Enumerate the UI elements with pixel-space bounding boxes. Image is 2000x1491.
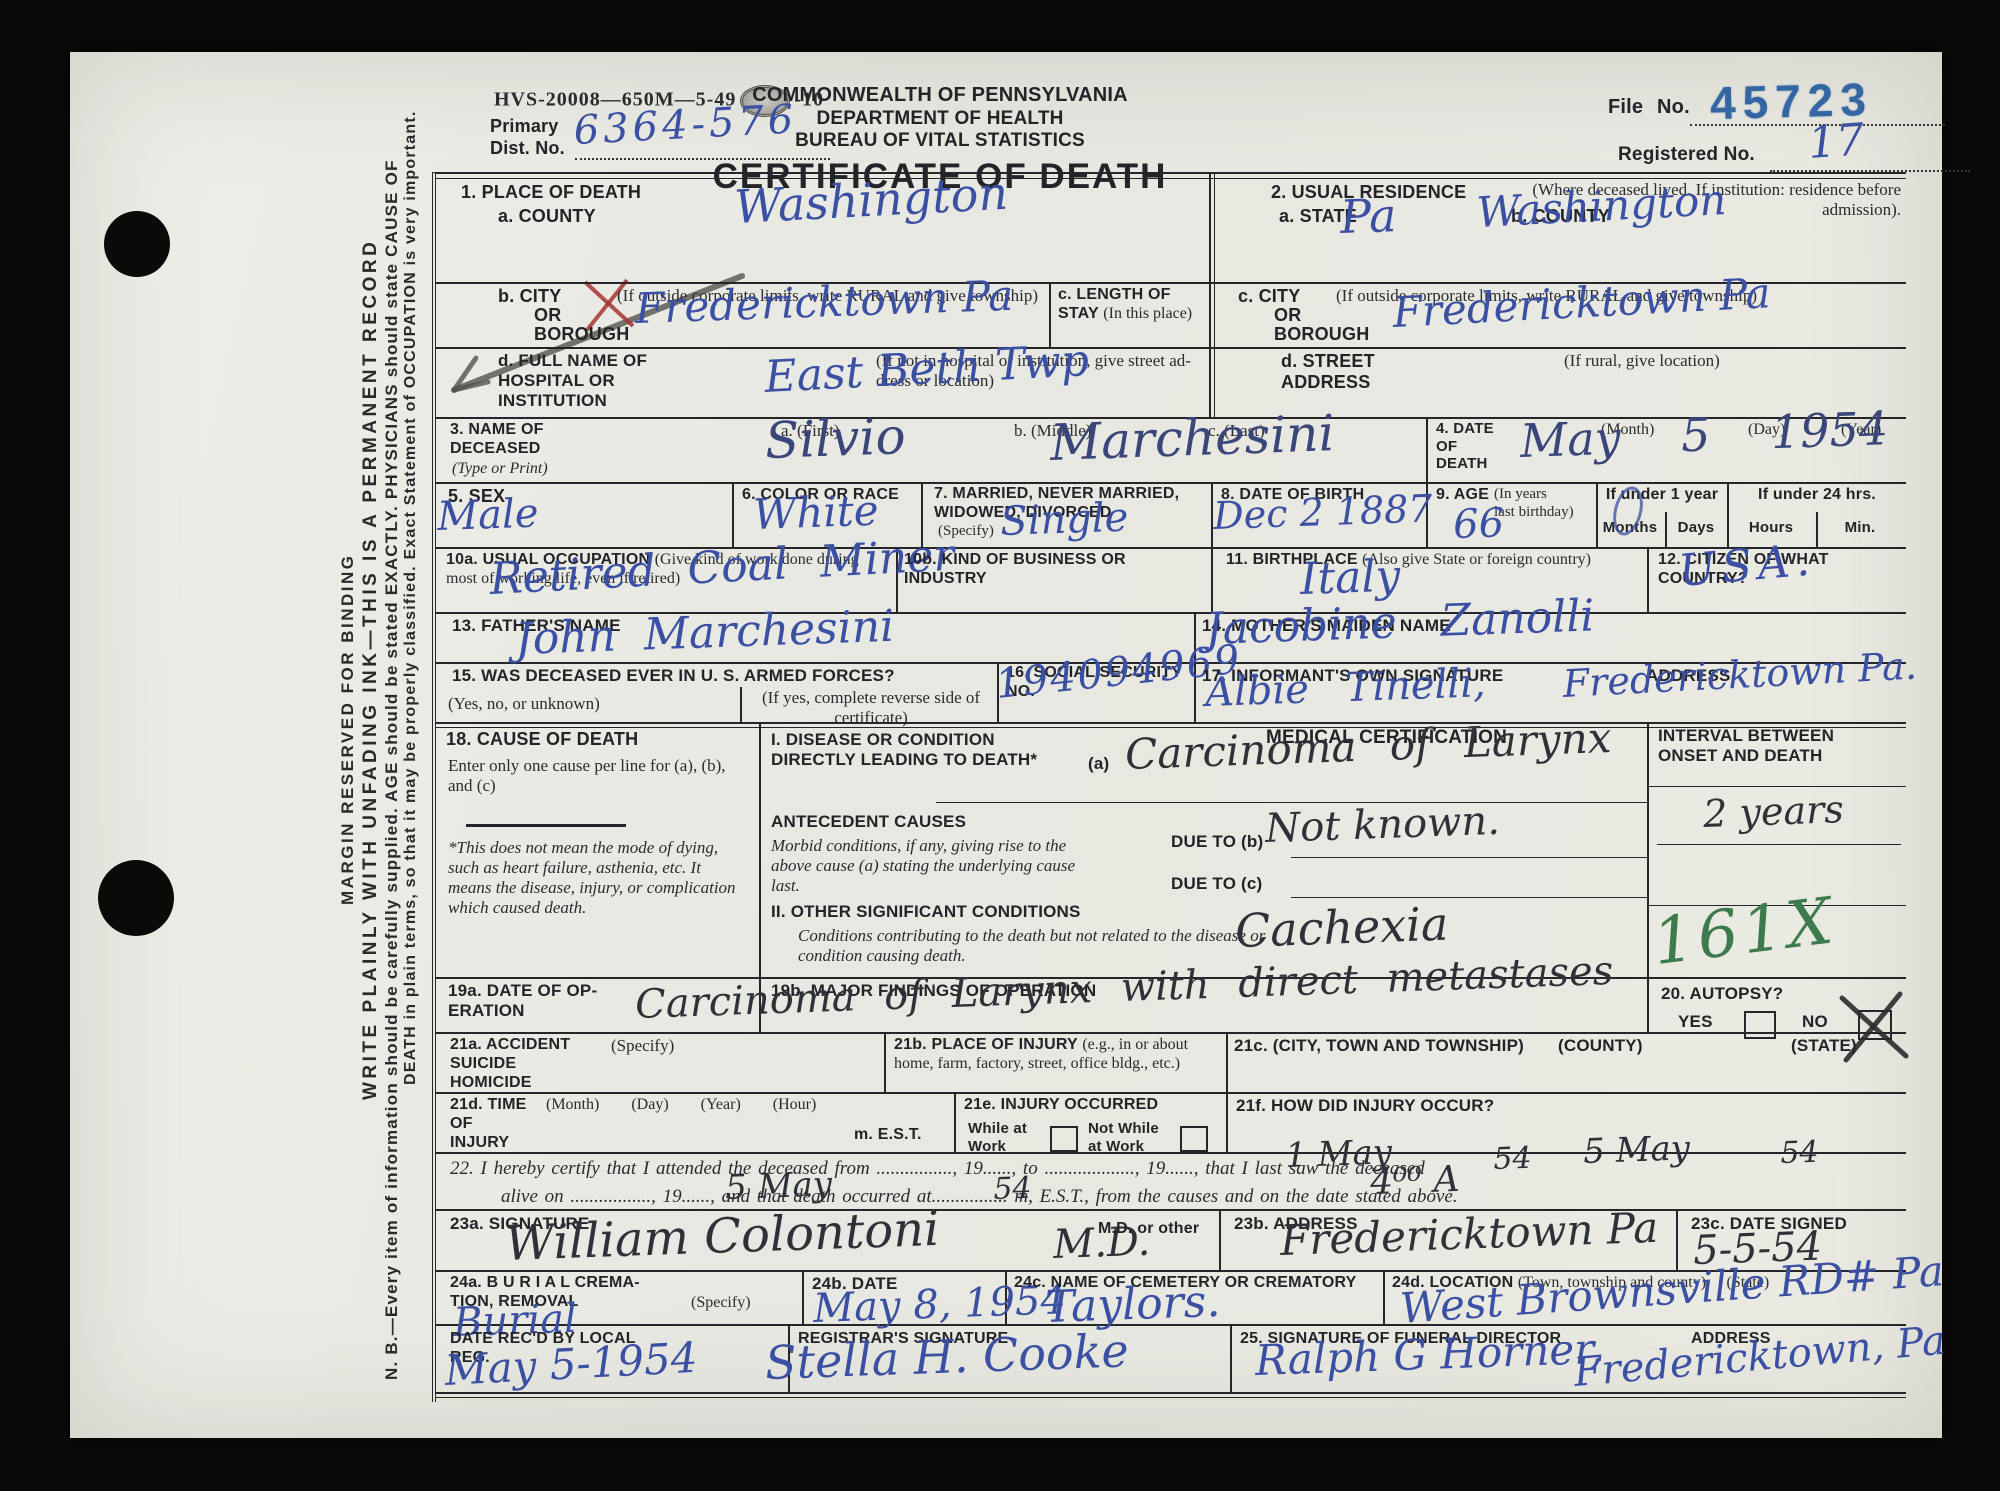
divider bbox=[1211, 547, 1213, 612]
time-of-injury-label: 21d. TIME OF INJURY bbox=[450, 1096, 526, 1153]
residence-street-label: d. STREET ADDRESS bbox=[1281, 351, 1375, 393]
place-county-label: a. COUNTY bbox=[498, 206, 596, 227]
disease-leading-label: I. DISEASE OR CONDITION DIRECTLY LEADING… bbox=[771, 730, 1037, 770]
hw-residence-county: Washington bbox=[1475, 175, 1727, 237]
place-of-injury-block: 21b. PLACE OF INJURY (e.g., in or about … bbox=[894, 1036, 1216, 1074]
hw-name-last: Marchesini bbox=[1049, 404, 1335, 472]
hw-certify-alive: 5 May bbox=[725, 1164, 833, 1208]
department-line: DEPARTMENT OF HEALTH bbox=[610, 108, 1270, 130]
hw-code-161x: 161X bbox=[1649, 884, 1840, 980]
divider bbox=[1647, 547, 1649, 612]
interval-label: INTERVAL BETWEEN ONSET AND DEATH bbox=[1658, 726, 1834, 766]
registered-no-label: Registered No. bbox=[1618, 144, 1755, 166]
punch-hole-bottom bbox=[98, 860, 174, 936]
rule bbox=[436, 1392, 1906, 1394]
how-injury-occurred-label: 21f. HOW DID INJURY OCCUR? bbox=[1236, 1096, 1494, 1116]
hw-registrar-signature: Stella H. Cooke bbox=[764, 1323, 1129, 1390]
armed-forces-label: 15. WAS DECEASED EVER IN U. S. ARMED FOR… bbox=[452, 666, 895, 686]
hw-physician-address: Fredericktown Pa bbox=[1279, 1203, 1659, 1265]
divider bbox=[1209, 174, 1215, 417]
hw-death-date: May 5 1954 bbox=[1519, 401, 1889, 468]
place-stay-note: (In this place) bbox=[1103, 305, 1192, 322]
rule bbox=[436, 1092, 1906, 1094]
due-to-c-label: DUE TO (c) bbox=[1171, 874, 1262, 894]
birthplace-label-block: 11. BIRTHPLACE (Also give State or forei… bbox=[1226, 551, 1641, 570]
bureau-line: BUREAU OF VITAL STATISTICS bbox=[610, 130, 1270, 152]
hw-informant-address: Fredericktown Pa. bbox=[1562, 644, 1918, 706]
industry-label: 10b. KIND OF BUSINESS OR INDUSTRY bbox=[904, 551, 1126, 589]
place-of-injury-label: 21b. PLACE OF INJURY bbox=[894, 1036, 1078, 1053]
injury-while-at-work-label: While at Work bbox=[968, 1120, 1027, 1155]
divider bbox=[1647, 722, 1649, 1032]
rule bbox=[436, 482, 1906, 484]
disease-a-tag: (a) bbox=[1088, 754, 1109, 774]
hw-burial-location: West Brownsville RD# Pa bbox=[1399, 1246, 1946, 1333]
hw-place-institution: East Beth Twp bbox=[763, 335, 1090, 403]
while-at-work-checkbox bbox=[1050, 1126, 1078, 1152]
injury-city-label: 21c. (CITY, TOWN AND TOWNSHIP) bbox=[1234, 1036, 1524, 1056]
not-while-at-work-checkbox bbox=[1180, 1126, 1208, 1152]
hw-occupation: Retired Coal Miner bbox=[488, 530, 955, 605]
injury-occurred-label: 21e. INJURY OCCURRED bbox=[964, 1096, 1158, 1115]
cause-note2: *This does not mean the mode of dying, s… bbox=[448, 838, 748, 918]
divider bbox=[1226, 1092, 1228, 1152]
hw-other-conditions: Cachexia bbox=[1234, 897, 1449, 958]
place-borough-label: BOROUGH bbox=[534, 324, 629, 345]
margin-nb-text-line2: DEATH in plain terms, so that it may be … bbox=[402, 97, 420, 1085]
rule bbox=[1291, 857, 1647, 858]
age-under24-label: If under 24 hrs. bbox=[1729, 486, 1905, 505]
hw-certify-from-year: 54 bbox=[1493, 1141, 1532, 1177]
hw-physician-signature: William Colontoni bbox=[504, 1201, 940, 1272]
hw-place-city: Fredericktown Pa bbox=[634, 271, 1014, 333]
injury-county-label: (COUNTY) bbox=[1558, 1036, 1643, 1056]
margin-binding-text: MARGIN RESERVED FOR BINDING bbox=[338, 593, 358, 905]
divider bbox=[1676, 1209, 1678, 1270]
other-conditions-label: II. OTHER SIGNIFICANT CONDITIONS bbox=[771, 902, 1081, 922]
age-hours-label: Hours bbox=[1727, 519, 1815, 537]
divider bbox=[759, 722, 761, 977]
cause-of-death-label: 18. CAUSE OF DEATH bbox=[446, 729, 638, 750]
armed-forces-note1: (Yes, no, or unknown) bbox=[448, 694, 600, 714]
autopsy-no-label: NO bbox=[1802, 1012, 1828, 1032]
hw-sex: Male bbox=[436, 490, 539, 540]
margin-write-plainly-text: WRITE PLAINLY WITH UNFADING INK—THIS IS … bbox=[360, 295, 382, 1100]
hw-cause-b: Not known. bbox=[1264, 798, 1500, 852]
burial-note: (Specify) bbox=[691, 1294, 751, 1313]
hw-certify-time: 4⁰⁰ A bbox=[1370, 1159, 1461, 1203]
rule bbox=[436, 347, 1906, 349]
hw-age: 66 bbox=[1452, 500, 1504, 548]
rule bbox=[436, 722, 1906, 724]
age-min-label: Min. bbox=[1816, 519, 1904, 537]
operation-date-label: 19a. DATE OF OP- ERATION bbox=[448, 981, 597, 1021]
hw-residence-state: Pa bbox=[1339, 188, 1397, 244]
rule bbox=[1647, 786, 1906, 787]
hw-certify-alive-year: 54 bbox=[993, 1171, 1032, 1207]
hw-certify-to-year: 54 bbox=[1780, 1135, 1819, 1171]
hw-interval: 2 years bbox=[1702, 787, 1844, 836]
other-conditions-note: Conditions contributing to the death but… bbox=[798, 926, 1268, 966]
hw-race: White bbox=[752, 486, 879, 539]
residence-street-note: (If rural, give location) bbox=[1564, 351, 1720, 371]
place-institution-label: d. FULL NAME OF HOSPITAL OR INSTITUTION bbox=[498, 351, 647, 411]
divider bbox=[1230, 1324, 1232, 1392]
place-stay-label: c. LENGTH OF STAY (In this place) bbox=[1058, 286, 1206, 324]
hw-informant: Albie Tinelli, bbox=[1204, 660, 1486, 716]
primary-label: Primary bbox=[490, 116, 558, 137]
time-of-injury-columns: (Month) (Day) (Year) (Hour) bbox=[546, 1096, 816, 1115]
divider bbox=[732, 482, 734, 547]
residence-borough-label: BOROUGH bbox=[1274, 324, 1369, 345]
punch-hole-top bbox=[104, 211, 170, 277]
hw-residence-city: Fredericktown Pa bbox=[1391, 268, 1771, 337]
name-note: (Type or Print) bbox=[452, 460, 548, 479]
morbid-note: Morbid conditions, if any, giving rise t… bbox=[771, 836, 1101, 896]
file-no-label: File No. bbox=[1608, 96, 1690, 120]
hw-certify-to: 5 May bbox=[1583, 1128, 1691, 1172]
cause-note1: Enter only one cause per line for (a), (… bbox=[448, 756, 740, 796]
hw-father-name: John Marchesini bbox=[514, 601, 895, 665]
divider bbox=[884, 1032, 886, 1092]
armed-forces-note2: (If yes, complete reverse side of certif… bbox=[751, 688, 991, 728]
autopsy-yes-label: YES bbox=[1678, 1012, 1713, 1032]
hw-registered-no: 17 bbox=[1806, 114, 1865, 169]
md-or-other-label: M.D. or other bbox=[1098, 1220, 1199, 1239]
hw-place-county: Washington bbox=[733, 166, 1009, 234]
time-of-injury-est-label: m. E.S.T. bbox=[854, 1126, 922, 1145]
rule bbox=[466, 824, 626, 827]
injury-not-while-label: Not While at Work bbox=[1088, 1120, 1159, 1155]
rule bbox=[436, 1032, 1906, 1034]
hw-marital: Single bbox=[999, 495, 1129, 545]
accident-note: (Specify) bbox=[611, 1036, 674, 1056]
divider bbox=[1383, 1270, 1385, 1324]
dist-no-label: Dist. No. bbox=[490, 138, 565, 159]
certify-line1: 22. I hereby certify that I attended the… bbox=[450, 1158, 1425, 1180]
certify-line2: alive on ................., 19......, an… bbox=[501, 1186, 1458, 1208]
due-to-b-label: DUE TO (b) bbox=[1171, 832, 1263, 852]
place-of-death-title: 1. PLACE OF DEATH bbox=[461, 182, 641, 203]
divider bbox=[954, 1092, 956, 1152]
rule bbox=[436, 1397, 1906, 1398]
divider bbox=[740, 687, 742, 722]
hw-birth-date: Dec 2 1887 bbox=[1212, 486, 1433, 538]
age-note: (In years last birthday) bbox=[1494, 486, 1574, 521]
certificate-form: 1. PLACE OF DEATH a. COUNTY Washington b… bbox=[432, 172, 1906, 1402]
divider bbox=[1226, 1032, 1228, 1092]
injury-state-label: (STATE) bbox=[1791, 1036, 1857, 1056]
hw-name-first: Silvio bbox=[764, 407, 907, 470]
divider bbox=[1219, 1209, 1221, 1270]
death-date-label: 4. DATE OF DEATH bbox=[1436, 420, 1494, 473]
divider bbox=[1426, 417, 1428, 482]
antecedent-label: ANTECEDENT CAUSES bbox=[771, 812, 966, 832]
hw-mother-name: Jacobine Zanolli bbox=[1204, 590, 1595, 655]
accident-label: 21a. ACCIDENT SUICIDE HOMICIDE bbox=[450, 1036, 570, 1093]
certificate-scan: MARGIN RESERVED FOR BINDING WRITE PLAINL… bbox=[70, 52, 1942, 1438]
age-days-label: Days bbox=[1666, 519, 1726, 537]
rule bbox=[1657, 844, 1901, 845]
commonwealth-line: COMMONWEALTH OF PENNSYLVANIA bbox=[610, 84, 1270, 108]
divider bbox=[802, 1270, 804, 1324]
rule bbox=[936, 802, 1647, 803]
name-label: 3. NAME OF DECEASED bbox=[450, 421, 544, 459]
autopsy-label: 20. AUTOPSY? bbox=[1661, 984, 1783, 1004]
autopsy-yes-checkbox bbox=[1744, 1011, 1776, 1039]
margin-nb-text-line1: N. B.—Every item of information should b… bbox=[382, 97, 402, 1380]
rule bbox=[1291, 897, 1647, 898]
